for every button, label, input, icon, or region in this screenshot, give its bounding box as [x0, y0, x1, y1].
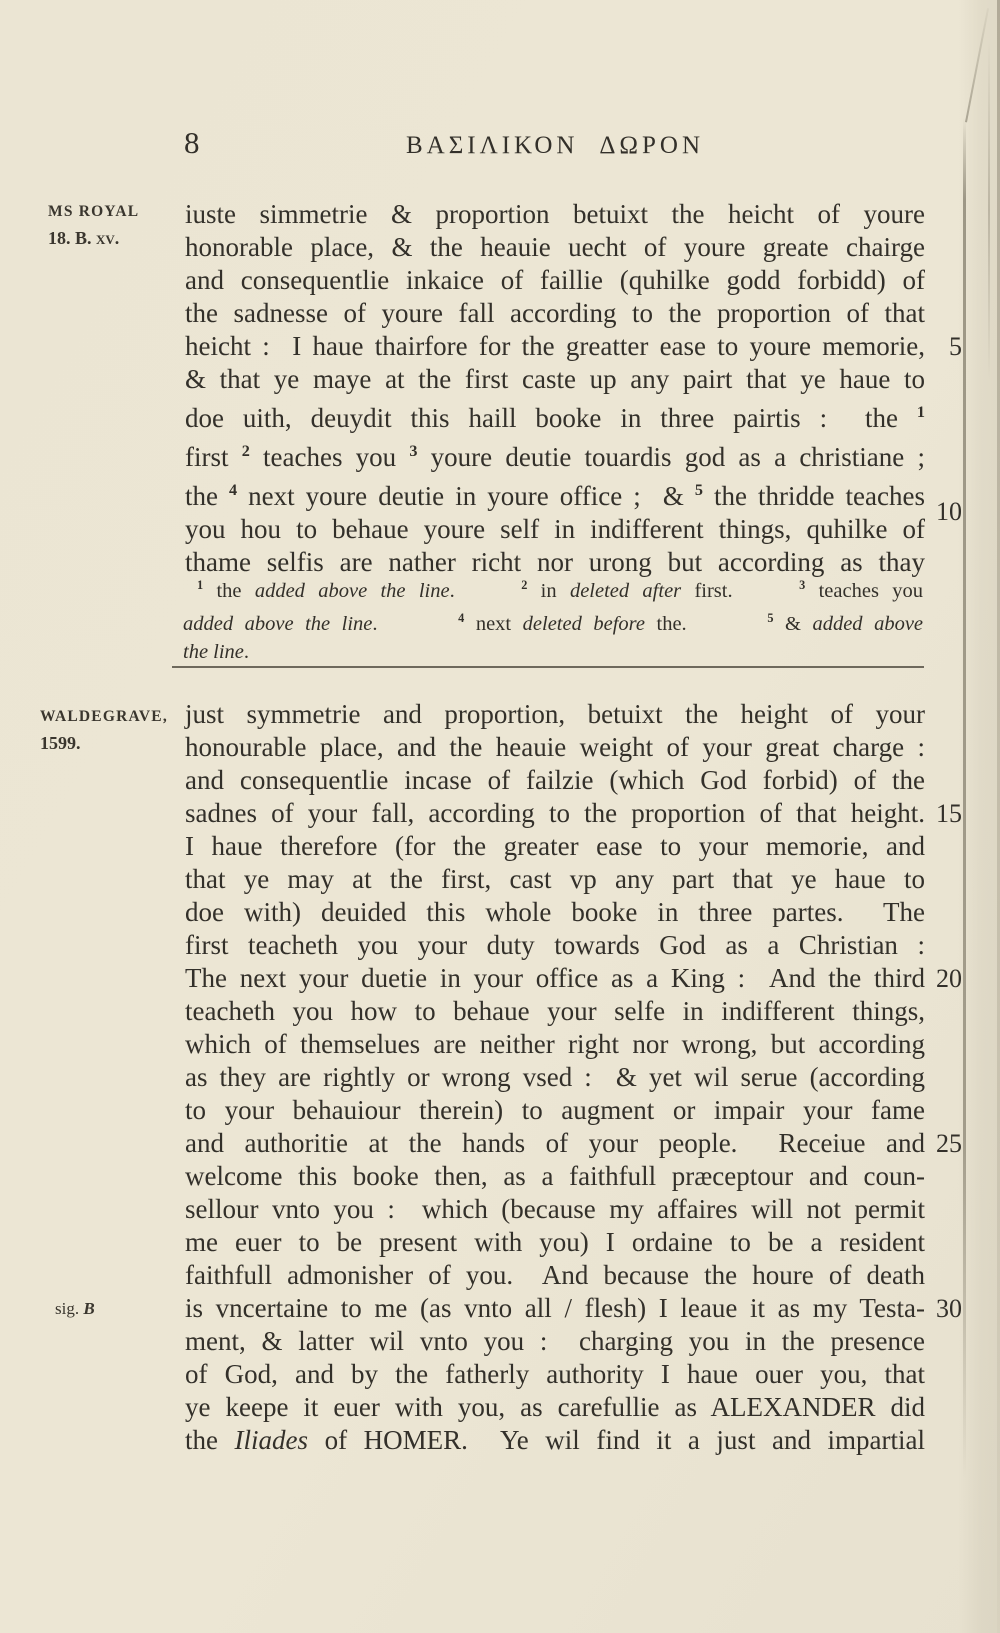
- text-line: you hou to behaue youre self in indiffer…: [185, 513, 925, 546]
- section-divider: [172, 666, 924, 668]
- text-line: as they are rightly or wrong vsed : & ye…: [185, 1061, 925, 1094]
- text-line: teacheth you how to behaue your selfe in…: [185, 995, 925, 1028]
- margin-note-line: MS ROYAL: [48, 199, 139, 225]
- waldegrave-text-block: just symmetrie and proportion, betuixt t…: [185, 698, 925, 1457]
- text-line: ye keepe it euer with you, as carefullie…: [185, 1391, 925, 1424]
- text-line: to your behauiour therein) to augment or…: [185, 1094, 925, 1127]
- text-line: is vncertaine to me (as vnto all / flesh…: [185, 1292, 925, 1325]
- line-number-20: 20: [926, 962, 962, 995]
- text-line: ment, & latter wil vnto you : charging y…: [185, 1325, 925, 1358]
- margin-note-signature: sig. B: [55, 1297, 95, 1321]
- text-line: heicht : I haue thairfore for the greatt…: [185, 330, 925, 363]
- text-line: honourable place, and the heauie weight …: [185, 731, 925, 764]
- ms-royal-text-block: iuste simmetrie & proportion betuixt the…: [185, 198, 925, 579]
- text-line: that ye may at the first, cast vp any pa…: [185, 863, 925, 896]
- footnote-line: the line.: [183, 639, 923, 667]
- margin-note-ms-royal: MS ROYAL18. B. xv.: [48, 199, 139, 251]
- text-line: the 4 next youre deutie in youre office …: [185, 474, 925, 513]
- text-line: sellour vnto you : which (because my aff…: [185, 1193, 925, 1226]
- footnotes-block: 1 the added above the line. 2 in deleted…: [183, 572, 923, 666]
- text-line: and consequentlie incase of failzie (whi…: [185, 764, 925, 797]
- line-number-30: 30: [926, 1292, 962, 1325]
- margin-note-line: WALDEGRAVE,: [40, 704, 168, 730]
- text-line: honorable place, & the heauie uecht of y…: [185, 231, 925, 264]
- text-line: just symmetrie and proportion, betuixt t…: [185, 698, 925, 731]
- text-line: The next your duetie in your office as a…: [185, 962, 925, 995]
- text-line: and authoritie at the hands of your peop…: [185, 1127, 925, 1160]
- text-line: doe uith, deuydit this haill booke in th…: [185, 396, 925, 435]
- margin-note-line: 18. B. xv.: [48, 225, 139, 251]
- text-line: which of themselues are neither right no…: [185, 1028, 925, 1061]
- text-line: welcome this booke then, as a faithfull …: [185, 1160, 925, 1193]
- line-number-25: 25: [926, 1127, 962, 1160]
- page-edge-faint-line: [988, 40, 990, 380]
- text-line: the sadnesse of youre fall according to …: [185, 297, 925, 330]
- text-line: iuste simmetrie & proportion betuixt the…: [185, 198, 925, 231]
- footnote-line: 1 the added above the line. 2 in deleted…: [183, 572, 923, 605]
- text-line: first 2 teaches you 3 youre deutie touar…: [185, 435, 925, 474]
- running-title: ΒΑΣΙΛΙΚΟΝ ΔΩΡΟΝ: [185, 132, 925, 160]
- line-number-10: 10: [926, 495, 962, 528]
- line-number-5: 5: [926, 330, 962, 363]
- text-line: and consequentlie inkaice of faillie (qu…: [185, 264, 925, 297]
- margin-note-line: sig. B: [55, 1297, 95, 1321]
- text-line: sadnes of your fall, according to the pr…: [185, 797, 925, 830]
- text-line: me euer to be present with you) I ordain…: [185, 1226, 925, 1259]
- book-page: 8 ΒΑΣΙΛΙΚΟΝ ΔΩΡΟΝ MS ROYAL18. B. xv. ius…: [0, 0, 1000, 1633]
- page-edge-line: [963, 118, 966, 1478]
- margin-note-waldegrave: WALDEGRAVE,1599.: [40, 704, 168, 756]
- text-line: doe with) deuided this whole booke in th…: [185, 896, 925, 929]
- text-line: I haue therefore (for the greater ease t…: [185, 830, 925, 863]
- text-line: the Iliades of HOMER. Ye wil find it a j…: [185, 1424, 925, 1457]
- text-line: first teacheth you your duty towards God…: [185, 929, 925, 962]
- text-line: of God, and by the fatherly authority I …: [185, 1358, 925, 1391]
- line-number-15: 15: [926, 797, 962, 830]
- text-line: faithfull admonisher of you. And because…: [185, 1259, 925, 1292]
- text-line: & that ye maye at the first caste up any…: [185, 363, 925, 396]
- footnote-line: added above the line. 4 next deleted bef…: [183, 605, 923, 638]
- margin-note-line: 1599.: [40, 730, 168, 756]
